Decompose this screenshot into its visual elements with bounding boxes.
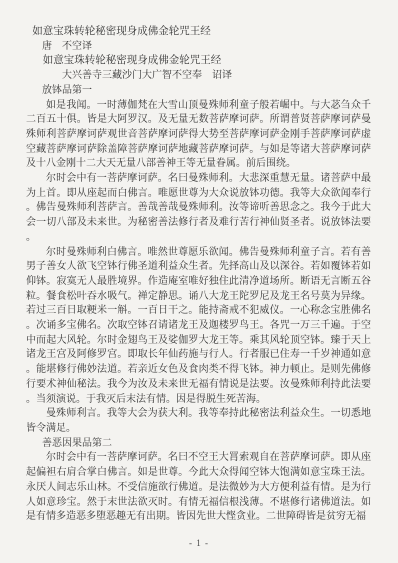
paragraph: 尔时会中有一菩萨摩诃萨。名曰不空王大罥索观自在菩萨摩诃萨。即从座起偏袒右肩合掌白… [26, 451, 371, 525]
sutra-title: 如意宝珠转轮秘密现身成佛金轮咒王经 [26, 25, 371, 40]
chapter-heading-shan-e-yinguo: 善恶因果品第二 [26, 437, 371, 452]
paragraph: 尔时曼殊师利白佛言。唯然世尊愿乐欲闻。佛告曼殊师利童子言。若有善男子善女人欲飞空… [26, 246, 371, 408]
scanned-sutra-page: 如意宝珠转轮秘密现身成佛金轮咒王经 唐 不空译 如意宝珠转轮秘密现身成佛金轮咒王… [0, 0, 398, 563]
chapter-heading-fangbo: 放钵品第一 [26, 84, 371, 99]
sutra-inner-title: 如意宝珠转轮秘密现身成佛金轮咒王经 [26, 54, 371, 69]
translator-line: 唐 不空译 [26, 40, 371, 55]
paragraph: 曼殊师利言。我等大会为获大利。我等奉持此秘密法利益众生。一切悉地皆令满足。 [26, 407, 371, 436]
paragraph: 尔时会中有一菩萨摩诃萨。名曰曼殊师利。大悲深重慧无量。诸菩萨中最为上首。即从座起… [26, 172, 371, 246]
attribution-line: 大兴善寺三藏沙门大广智不空奉 诏译 [26, 69, 371, 84]
page-number: - 1 - [0, 536, 398, 551]
paragraph: 如是我闻。一时薄伽梵在大雪山顶曼殊师利童子般若崛中。与大苾刍众千二百五十俱。皆是… [26, 99, 371, 173]
